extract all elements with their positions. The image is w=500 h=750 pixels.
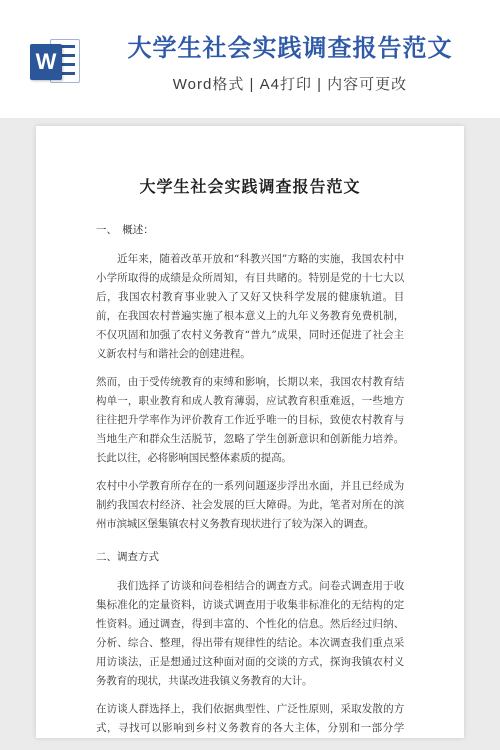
word-logo-icon: W: [30, 36, 82, 88]
page-subtitle: Word格式 | A4打印 | 内容可更改: [90, 73, 490, 94]
document-page: 大学生社会实践调查报告范文 一、 概述： 近年来，随着改革开放和“科教兴国”方略…: [36, 126, 464, 738]
word-icon-w-tile: W: [30, 44, 62, 80]
preview-area: 大学生社会实践调查报告范文 一、 概述： 近年来，随着改革开放和“科教兴国”方略…: [0, 118, 500, 750]
header: W 大学生社会实践调查报告范文 Word格式 | A4打印 | 内容可更改: [0, 0, 500, 118]
doc-paragraph: 农村中小学教育所存在的一系列问题逐步浮出水面，并且已经成为制约我国农村经济、社会…: [96, 477, 404, 534]
header-text-block: 大学生社会实践调查报告范文 Word格式 | A4打印 | 内容可更改: [90, 34, 490, 94]
doc-paragraph: 近年来，随着改革开放和“科教兴国”方略的实施，我国农村中小学所取得的成绩是众所周…: [96, 250, 404, 364]
template-preview-screen: W 大学生社会实践调查报告范文 Word格式 | A4打印 | 内容可更改 大学…: [0, 0, 500, 750]
page-title: 大学生社会实践调查报告范文: [90, 34, 490, 64]
section-heading-method: 二、调查方式: [96, 548, 404, 567]
document-title: 大学生社会实践调查报告范文: [96, 174, 404, 197]
doc-paragraph: 在访谈人群选择上，我们依据典型性、广泛性原则，采取发散的方式，寻找可以影响到乡村…: [96, 700, 404, 738]
doc-paragraph: 然而，由于受传统教育的束缚和影响，长期以来，我国农村教育结构单一，职业教育和成人…: [96, 373, 404, 468]
section-heading-overview: 一、 概述：: [96, 221, 404, 240]
doc-paragraph: 我们选择了访谈和问卷相结合的调查方式。问卷式调查用于收集标准化的定量资料，访谈式…: [96, 577, 404, 691]
